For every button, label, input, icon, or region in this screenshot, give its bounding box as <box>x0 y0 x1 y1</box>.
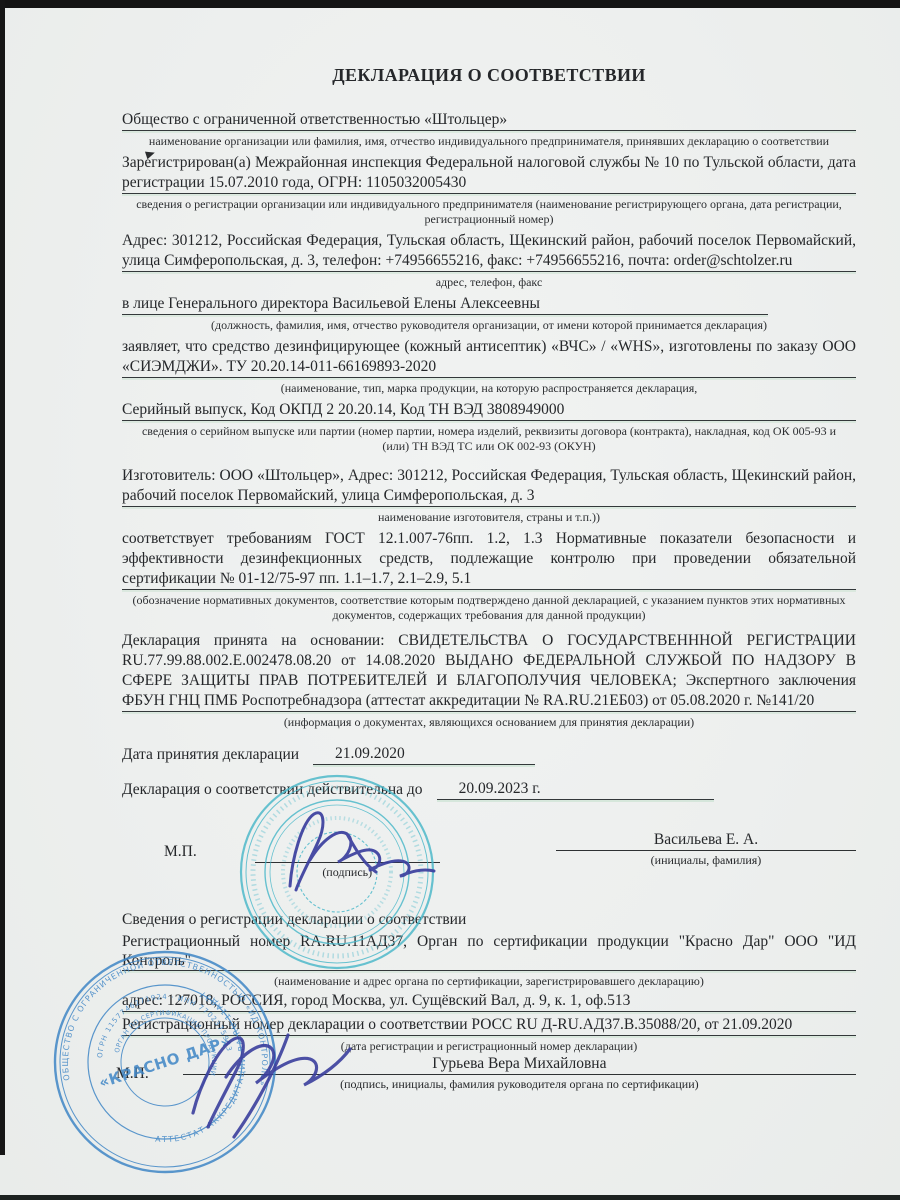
valid-until-label: Декларация о соответствии действительна … <box>122 780 423 800</box>
reg-address-value: адрес: 127018, РОССИЯ, город Москва, ул.… <box>122 991 856 1012</box>
valid-until-value: 20.09.2023 г. <box>437 779 714 800</box>
registration-caption: сведения о регистрации организации или и… <box>128 197 850 227</box>
field-reg-number: Регистрационный номер RA.RU.11АД37, Орга… <box>122 932 856 989</box>
product-caption: (наименование, тип, марка продукции, на … <box>128 381 850 396</box>
mp-label-applicant: М.П. <box>164 842 197 862</box>
serial-value: Серийный выпуск, Код ОКПД 2 20.20.14, Ко… <box>122 400 856 421</box>
head-name-area: Васильева Е. А. (инициалы, фамилия) <box>556 830 856 868</box>
basis-caption: (информация о документах, являющихся осн… <box>128 715 850 730</box>
signature-row-certifier: М.П. Гурьева Вера Михайловна (подпись, и… <box>122 1054 856 1092</box>
address-caption: адрес, телефон, факс <box>128 275 850 290</box>
signature-area-certifier: Гурьева Вера Михайловна (подпись, инициа… <box>183 1054 856 1092</box>
product-value: заявляет, что средство дезинфицирующее (… <box>122 337 856 378</box>
decl-number-caption: (дата регистрации и регистрационный номе… <box>128 1039 850 1054</box>
field-basis: Декларация принята на основании: СВИДЕТЕ… <box>122 631 856 730</box>
applicant-value: Общество с ограниченной ответственностью… <box>122 110 856 131</box>
signature-line-applicant <box>255 842 440 863</box>
adoption-date-row: Дата принятия декларации 21.09.2020 <box>122 744 856 765</box>
representative-value: в лице Генерального директора Васильевой… <box>122 294 768 315</box>
decl-number-value: Регистрационный номер декларации о соотв… <box>122 1015 856 1036</box>
field-serial: Серийный выпуск, Код ОКПД 2 20.20.14, Ко… <box>122 400 856 454</box>
reg-number-value: Регистрационный номер RA.RU.11АД37, Орга… <box>122 932 856 971</box>
manufacturer-caption: наименование изготовителя, страны и т.п.… <box>128 510 850 525</box>
scan-edge-bottom <box>0 1195 900 1200</box>
signature-caption-applicant: (подпись) <box>255 865 440 880</box>
applicant-caption: наименование организации или фамилия, им… <box>128 134 850 149</box>
certifier-signer-caption: (подпись, инициалы, фамилия руководителя… <box>183 1077 856 1092</box>
field-registration: Зарегистрирован(а) Межрайонная инспекция… <box>122 153 856 227</box>
standards-value: соответствует требованиям ГОСТ 12.1.007-… <box>122 529 856 590</box>
field-reg-address: адрес: 127018, РОССИЯ, город Москва, ул.… <box>122 991 856 1012</box>
field-standards: соответствует требованиям ГОСТ 12.1.007-… <box>122 529 856 623</box>
mp-label-certifier: М.П. <box>116 1064 149 1084</box>
document-content: ДЕКЛАРАЦИЯ О СООТВЕТСТВИИ Общество с огр… <box>122 0 856 1092</box>
registration-info-heading: Сведения о регистрации декларации о соот… <box>122 910 856 930</box>
signature-row-applicant: М.П. (подпись) Васильева Е. А. (инициалы… <box>122 830 856 880</box>
basis-value: Декларация принята на основании: СВИДЕТЕ… <box>122 631 856 712</box>
manufacturer-value: Изготовитель: ООО «Штольцер», Адрес: 301… <box>122 466 856 507</box>
scan-edge-left <box>0 0 5 1155</box>
adoption-date-label: Дата принятия декларации <box>122 745 299 765</box>
head-name-caption: (инициалы, фамилия) <box>556 853 856 868</box>
scanned-declaration-page: ДЕКЛАРАЦИЯ О СООТВЕТСТВИИ Общество с огр… <box>0 0 900 1200</box>
representative-caption: (должность, фамилия, имя, отчество руков… <box>128 318 850 333</box>
field-representative: в лице Генерального директора Васильевой… <box>122 294 856 333</box>
certifier-signer-name: Гурьева Вера Михайловна <box>183 1054 856 1075</box>
valid-until-row: Декларация о соответствии действительна … <box>122 779 856 800</box>
field-decl-number: Регистрационный номер декларации о соотв… <box>122 1015 856 1054</box>
reg-number-caption: (наименование и адрес органа по сертифик… <box>128 974 850 989</box>
field-product: заявляет, что средство дезинфицирующее (… <box>122 337 856 396</box>
adoption-date-value: 21.09.2020 <box>313 744 535 765</box>
head-name: Васильева Е. А. <box>556 830 856 851</box>
address-value: Адрес: 301212, Российская Федерация, Тул… <box>122 231 856 272</box>
signature-area-applicant: (подпись) <box>255 842 440 880</box>
document-title: ДЕКЛАРАЦИЯ О СООТВЕТСТВИИ <box>122 64 856 86</box>
field-applicant: Общество с ограниченной ответственностью… <box>122 110 856 149</box>
registration-value: Зарегистрирован(а) Межрайонная инспекция… <box>122 153 856 194</box>
standards-caption: (обозначение нормативных документов, соо… <box>128 593 850 623</box>
serial-caption: сведения о серийном выпуске или партии (… <box>128 424 850 454</box>
field-address: Адрес: 301212, Российская Федерация, Тул… <box>122 231 856 290</box>
field-manufacturer: Изготовитель: ООО «Штольцер», Адрес: 301… <box>122 466 856 525</box>
